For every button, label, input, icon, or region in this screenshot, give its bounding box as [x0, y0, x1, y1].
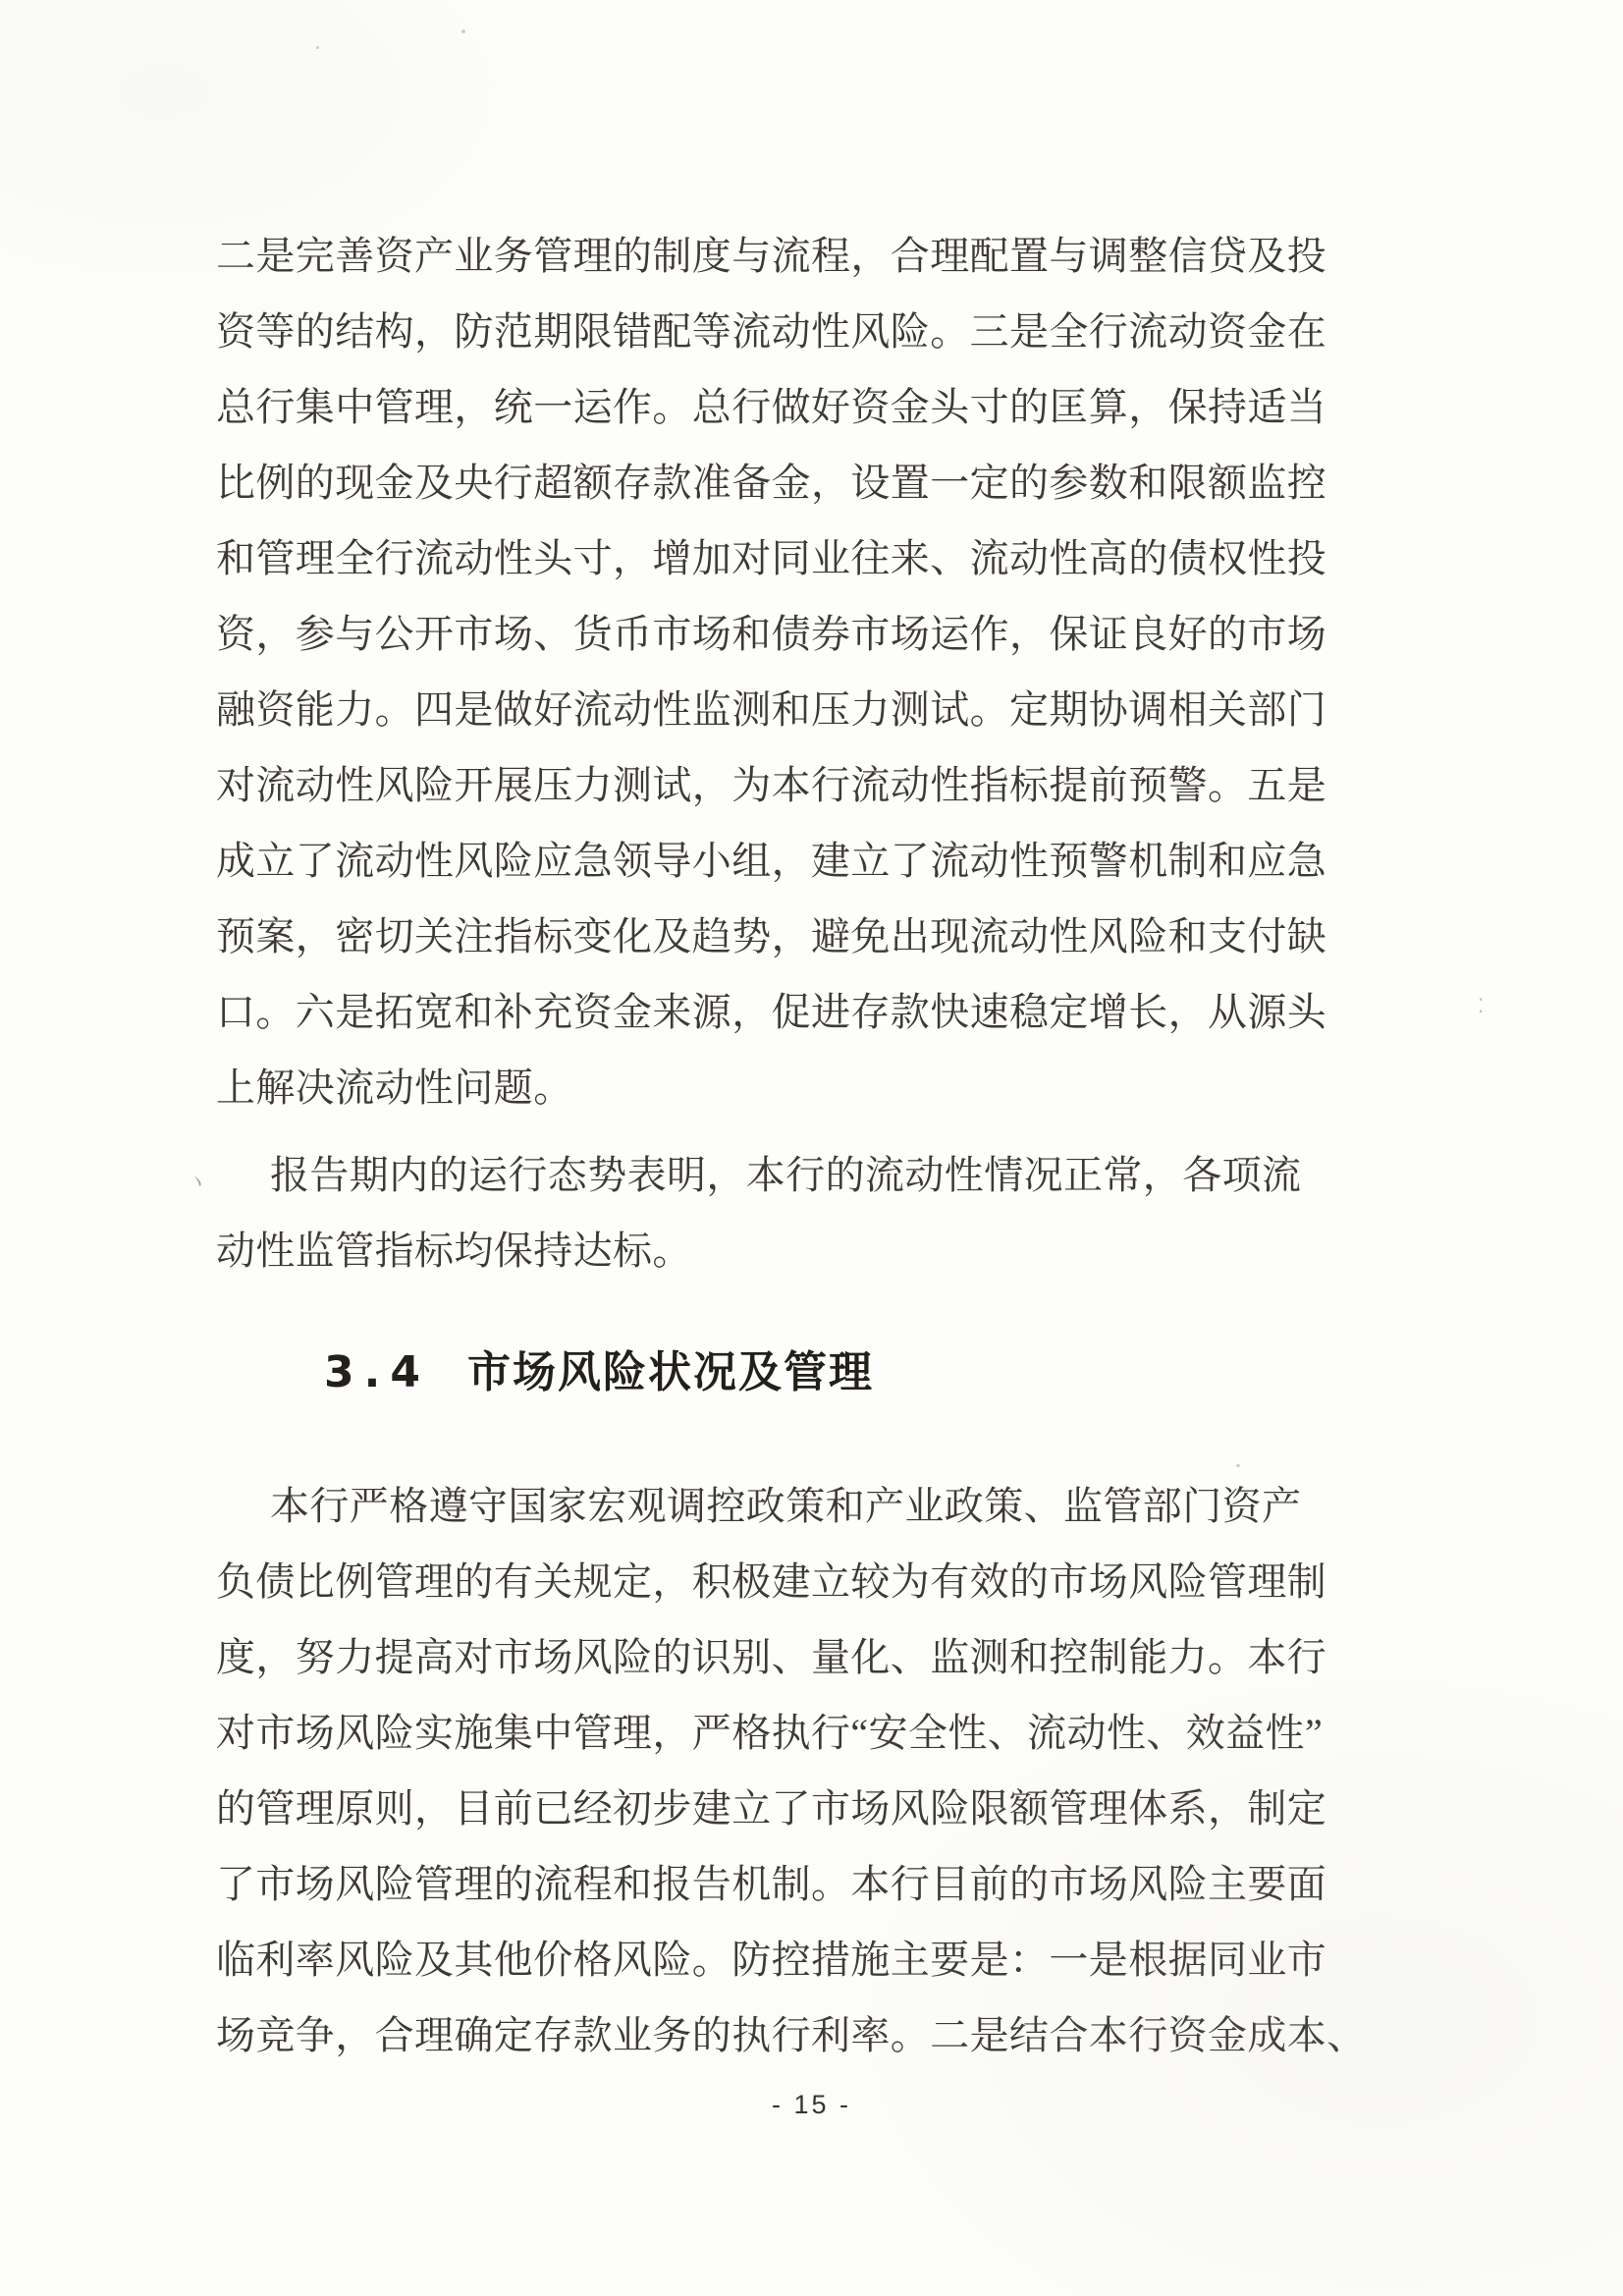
- text-line: 度，努力提高对市场风险的识别、量化、监测和控制能力。本行: [216, 1619, 1322, 1695]
- scan-speck: [316, 46, 319, 49]
- text-line: 的管理原则，目前已经初步建立了市场风险限额管理体系，制定: [216, 1771, 1322, 1846]
- text-line: 资，参与公开市场、货币市场和债券市场运作，保证良好的市场: [216, 596, 1322, 672]
- section-title: 市场风险状况及管理: [467, 1347, 874, 1397]
- text-line: 二是完善资产业务管理的制度与流程，合理配置与调整信贷及投: [216, 218, 1322, 294]
- text-line: 场竞争，合理确定存款业务的执行利率。二是结合本行资金成本、: [216, 1997, 1322, 2073]
- scan-speck: [1236, 1464, 1240, 1467]
- text-line: 了市场风险管理的流程和报告机制。本行目前的市场风险主要面: [216, 1846, 1322, 1922]
- text-line: 成立了流动性风险应急领导小组，建立了流动性预警机制和应急: [216, 823, 1322, 899]
- text-line: 临利率风险及其他价格风险。防控措施主要是：一是根据同业市: [216, 1922, 1322, 1997]
- text-line: 对流动性风险开展压力测试，为本行流动性指标提前预警。五是: [216, 747, 1322, 823]
- text-line: 负债比例管理的有关规定，积极建立较为有效的市场风险管理制: [216, 1544, 1322, 1619]
- text-line: 对市场风险实施集中管理，严格执行“安全性、流动性、效益性”: [216, 1695, 1322, 1771]
- text-line: 口。六是拓宽和补充资金来源，促进存款快速稳定增长，从源头: [216, 974, 1322, 1050]
- scan-artifact-left: 丶: [184, 1165, 211, 1199]
- text-line: 动性监管指标均保持达标。: [216, 1213, 1322, 1288]
- page-number: - 15 -: [0, 2090, 1623, 2120]
- text-line: 本行严格遵守国家宏观调控政策和产业政策、监管部门资产: [216, 1468, 1322, 1544]
- paragraph-liquidity-measures: 二是完善资产业务管理的制度与流程，合理配置与调整信贷及投资等的结构，防范期限错配…: [216, 218, 1322, 1125]
- text-line: 上解决流动性问题。: [216, 1050, 1322, 1125]
- text-line: 报告期内的运行态势表明，本行的流动性情况正常，各项流: [216, 1137, 1322, 1213]
- scan-speck: [461, 29, 465, 33]
- text-line: 资等的结构，防范期限错配等流动性风险。三是全行流动资金在: [216, 294, 1322, 369]
- text-line: 和管理全行流动性头寸，增加对同业往来、流动性高的债权性投: [216, 520, 1322, 596]
- section-number: 3.4: [324, 1347, 430, 1397]
- text-line: 总行集中管理，统一运作。总行做好资金头寸的匡算，保持适当: [216, 369, 1322, 445]
- text-line: 比例的现金及央行超额存款准备金，设置一定的参数和限额监控: [216, 445, 1322, 520]
- page-content: 二是完善资产业务管理的制度与流程，合理配置与调整信贷及投资等的结构，防范期限错配…: [216, 218, 1322, 2073]
- paragraph-market-risk: 本行严格遵守国家宏观调控政策和产业政策、监管部门资产负债比例管理的有关规定，积极…: [216, 1468, 1322, 2073]
- paragraph-liquidity-status: 报告期内的运行态势表明，本行的流动性情况正常，各项流动性监管指标均保持达标。: [216, 1137, 1322, 1288]
- scan-artifact-right: ⁚: [1478, 994, 1484, 1018]
- document-page: 二是完善资产业务管理的制度与流程，合理配置与调整信贷及投资等的结构，防范期限错配…: [0, 0, 1623, 2296]
- section-heading: 3.4市场风险状况及管理: [216, 1334, 1322, 1412]
- text-line: 预案，密切关注指标变化及趋势，避免出现流动性风险和支付缺: [216, 899, 1322, 974]
- text-line: 融资能力。四是做好流动性监测和压力测试。定期协调相关部门: [216, 672, 1322, 747]
